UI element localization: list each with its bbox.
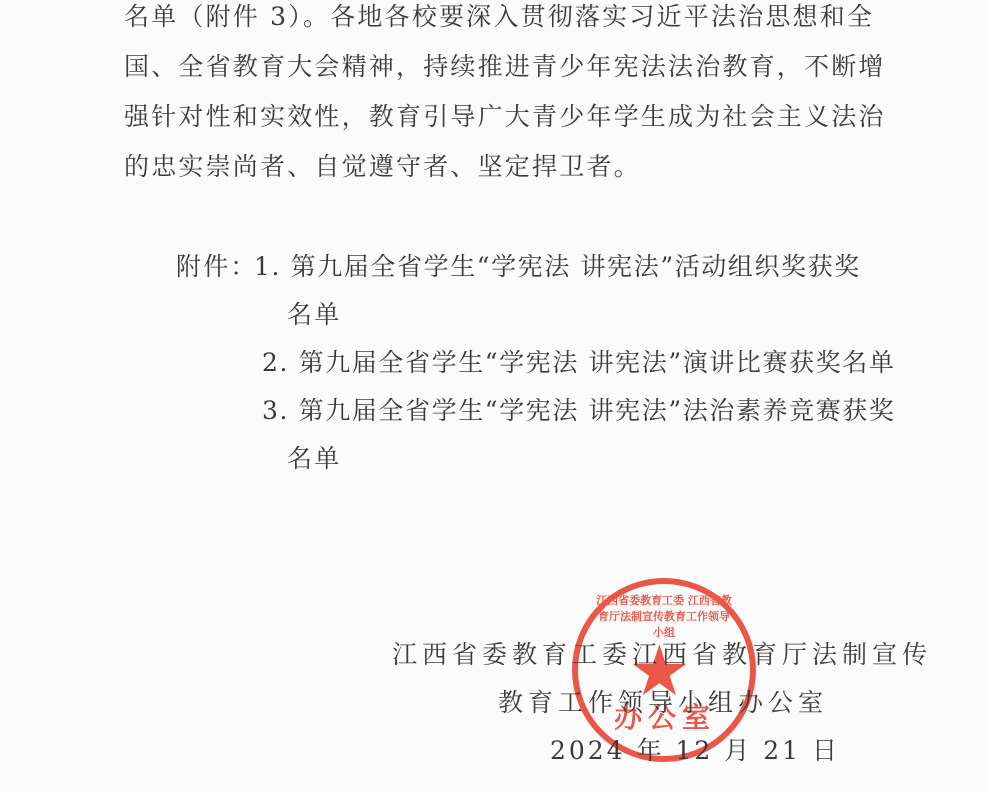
- paragraph-line: 的忠实崇尚者、自觉遵守者、坚定捍卫者。: [124, 152, 641, 182]
- attachment-item-1-cont: 名单: [287, 300, 341, 330]
- attachments-label: 附件：: [176, 252, 258, 282]
- signature-date: 2024 年 12 月 21 日: [550, 736, 840, 766]
- paragraph-line: 名单（附件 3）。各地各校要深入贯彻落实习近平法治思想和全: [124, 2, 874, 32]
- attachment-item-1: 1. 第九届全省学生“学宪法 讲宪法”活动组织奖获奖: [254, 252, 861, 282]
- paragraph-line: 强针对性和实效性，教育引导广大青少年学生成为社会主义法治: [124, 102, 886, 132]
- signature-org-line2: 教育工作领导小组办公室: [498, 688, 828, 718]
- signature-org-line1: 江西省委教育工委江西省教育厅法制宣传: [392, 640, 932, 670]
- attachment-item-3-cont: 名单: [287, 444, 341, 474]
- attachment-item-2: 2. 第九届全省学生“学宪法 讲宪法”演讲比赛获奖名单: [262, 348, 896, 378]
- official-seal: 江西省委教育工委 江西省教育厅法制宣传教育工作领导小组 ★ 办公室: [572, 578, 756, 762]
- attachment-item-3: 3. 第九届全省学生“学宪法 讲宪法”法治素养竞赛获奖: [262, 396, 896, 426]
- paragraph-line: 国、全省教育大会精神，持续推进青少年宪法法治教育，不断增: [124, 52, 886, 82]
